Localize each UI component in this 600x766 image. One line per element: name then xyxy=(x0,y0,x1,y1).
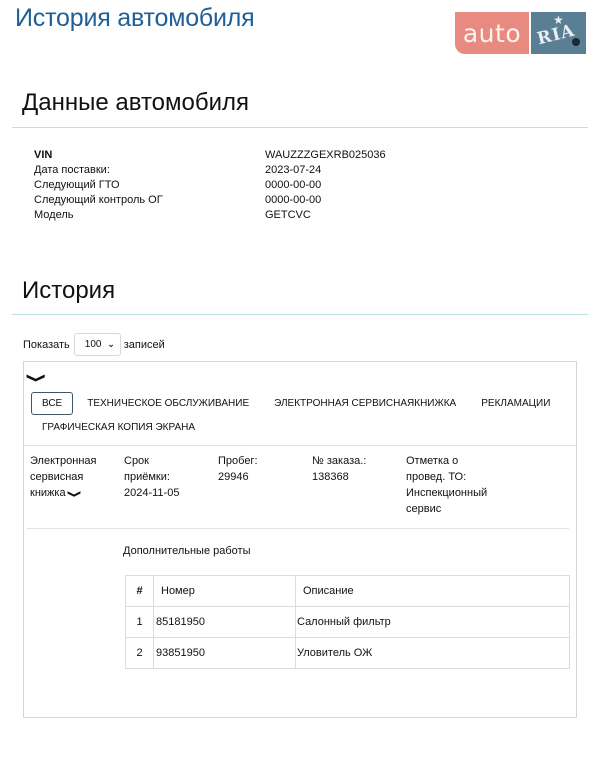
info-row-next-inspection: Следующий ГТО 0000-00-00 xyxy=(34,178,386,193)
entry-mark-label: провед. ТО: xyxy=(406,469,487,485)
logo-ria-part: ★ RIA xyxy=(531,12,586,54)
info-value: 0000-00-00 xyxy=(265,178,321,193)
filter-all[interactable]: ВСЕ xyxy=(31,392,73,415)
extra-works-title: Дополнительные работы xyxy=(123,545,251,557)
cell-number: 2 xyxy=(126,638,154,669)
entry-mileage: Пробег: 29946 xyxy=(218,453,258,485)
info-label: VIN xyxy=(34,148,265,163)
info-row-vin: VIN WAUZZZGEXRB025036 xyxy=(34,148,386,163)
entry-order-label: № заказа.: xyxy=(312,453,366,469)
chevron-down-icon: ⌄ xyxy=(107,339,115,350)
entry-mark-value: сервис xyxy=(406,501,487,517)
entry-date-label: приёмки: xyxy=(124,469,179,485)
column-header-description: Описание xyxy=(296,576,570,607)
entry-divider xyxy=(27,528,569,529)
page-size-control: Показать 100 ⌄ записей xyxy=(23,333,165,356)
entry-type-line: Электронная xyxy=(30,453,97,469)
entries-label: записей xyxy=(124,339,165,351)
table-row: 1 85181950 Салонный фильтр xyxy=(126,607,570,638)
history-section-title: История xyxy=(22,277,115,305)
entry-order: № заказа.: 138368 xyxy=(312,453,366,485)
table-header-row: # Номер Описание xyxy=(126,576,570,607)
info-label: Дата поставки: xyxy=(34,163,265,178)
entry-type[interactable]: Электронная сервисная книжка ❯ xyxy=(30,453,97,502)
history-panel: ❯ ВСЕ ТЕХНИЧЕСКОЕ ОБСЛУЖИВАНИЕ ЭЛЕКТРОНН… xyxy=(23,361,577,718)
column-header-number: # xyxy=(126,576,154,607)
entry-type-line: книжка xyxy=(30,487,66,499)
info-row-delivery-date: Дата поставки: 2023-07-24 xyxy=(34,163,386,178)
entry-mark-value: Инспекционный xyxy=(406,485,487,501)
panel-divider xyxy=(24,445,576,446)
vehicle-info-table: VIN WAUZZZGEXRB025036 Дата поставки: 202… xyxy=(34,148,386,223)
show-label: Показать xyxy=(23,339,70,351)
page-size-select[interactable]: 100 ⌄ xyxy=(74,333,121,356)
vehicle-divider xyxy=(12,127,588,128)
info-value: 2023-07-24 xyxy=(265,163,321,178)
entry-order-value: 138368 xyxy=(312,469,366,485)
cell-number: 1 xyxy=(126,607,154,638)
filter-maintenance[interactable]: ТЕХНИЧЕСКОЕ ОБСЛУЖИВАНИЕ xyxy=(76,392,260,415)
vehicle-section-title: Данные автомобиля xyxy=(22,89,249,117)
cell-description: Уловитель ОЖ xyxy=(296,638,570,669)
entry-mileage-label: Пробег: xyxy=(218,453,258,469)
cell-code: 93851950 xyxy=(154,638,296,669)
entry-mileage-value: 29946 xyxy=(218,469,258,485)
info-row-model: Модель GETCVC xyxy=(34,208,386,223)
cell-code: 85181950 xyxy=(154,607,296,638)
info-value: 0000-00-00 xyxy=(265,193,321,208)
entry-date-label: Срок xyxy=(124,453,179,469)
column-header-code: Номер xyxy=(154,576,296,607)
extra-works-table: # Номер Описание 1 85181950 Салонный фил… xyxy=(125,575,570,669)
chevron-down-icon[interactable]: ❯ xyxy=(62,490,83,498)
info-label: Следующий ГТО xyxy=(34,178,265,193)
entry-mark-label: Отметка о xyxy=(406,453,487,469)
page-size-value: 100 xyxy=(85,339,102,350)
cell-description: Салонный фильтр xyxy=(296,607,570,638)
logo-dot-icon xyxy=(572,38,580,46)
info-value: WAUZZZGEXRB025036 xyxy=(265,148,386,163)
filter-e-service-book[interactable]: ЭЛЕКТРОННАЯ СЕРВИСНАЯКНИЖКА xyxy=(263,392,467,415)
entry-date: Срок приёмки: 2024-11-05 xyxy=(124,453,179,501)
history-divider xyxy=(12,314,588,315)
entry-type-line: сервисная xyxy=(30,469,97,485)
filter-screen-copy[interactable]: ГРАФИЧЕСКАЯ КОПИЯ ЭКРАНА xyxy=(31,416,206,439)
info-value: GETCVC xyxy=(265,208,311,223)
logo-ria-text: RIA xyxy=(535,21,577,50)
entry-date-value: 2024-11-05 xyxy=(124,485,179,501)
page-title: История автомобиля xyxy=(15,4,255,33)
history-filters: ВСЕ ТЕХНИЧЕСКОЕ ОБСЛУЖИВАНИЕ ЭЛЕКТРОННАЯ… xyxy=(31,392,571,439)
autoria-logo[interactable]: auto ★ RIA xyxy=(455,12,586,54)
info-row-next-emissions: Следующий контроль ОГ 0000-00-00 xyxy=(34,193,386,208)
info-label: Модель xyxy=(34,208,265,223)
info-label: Следующий контроль ОГ xyxy=(34,193,265,208)
entry-service-mark: Отметка о провед. ТО: Инспекционный серв… xyxy=(406,453,487,517)
filter-claims[interactable]: РЕКЛАМАЦИИ xyxy=(470,392,561,415)
logo-auto-part: auto xyxy=(455,12,529,54)
collapse-toggle-icon[interactable]: ❯ xyxy=(28,373,45,384)
table-row: 2 93851950 Уловитель ОЖ xyxy=(126,638,570,669)
